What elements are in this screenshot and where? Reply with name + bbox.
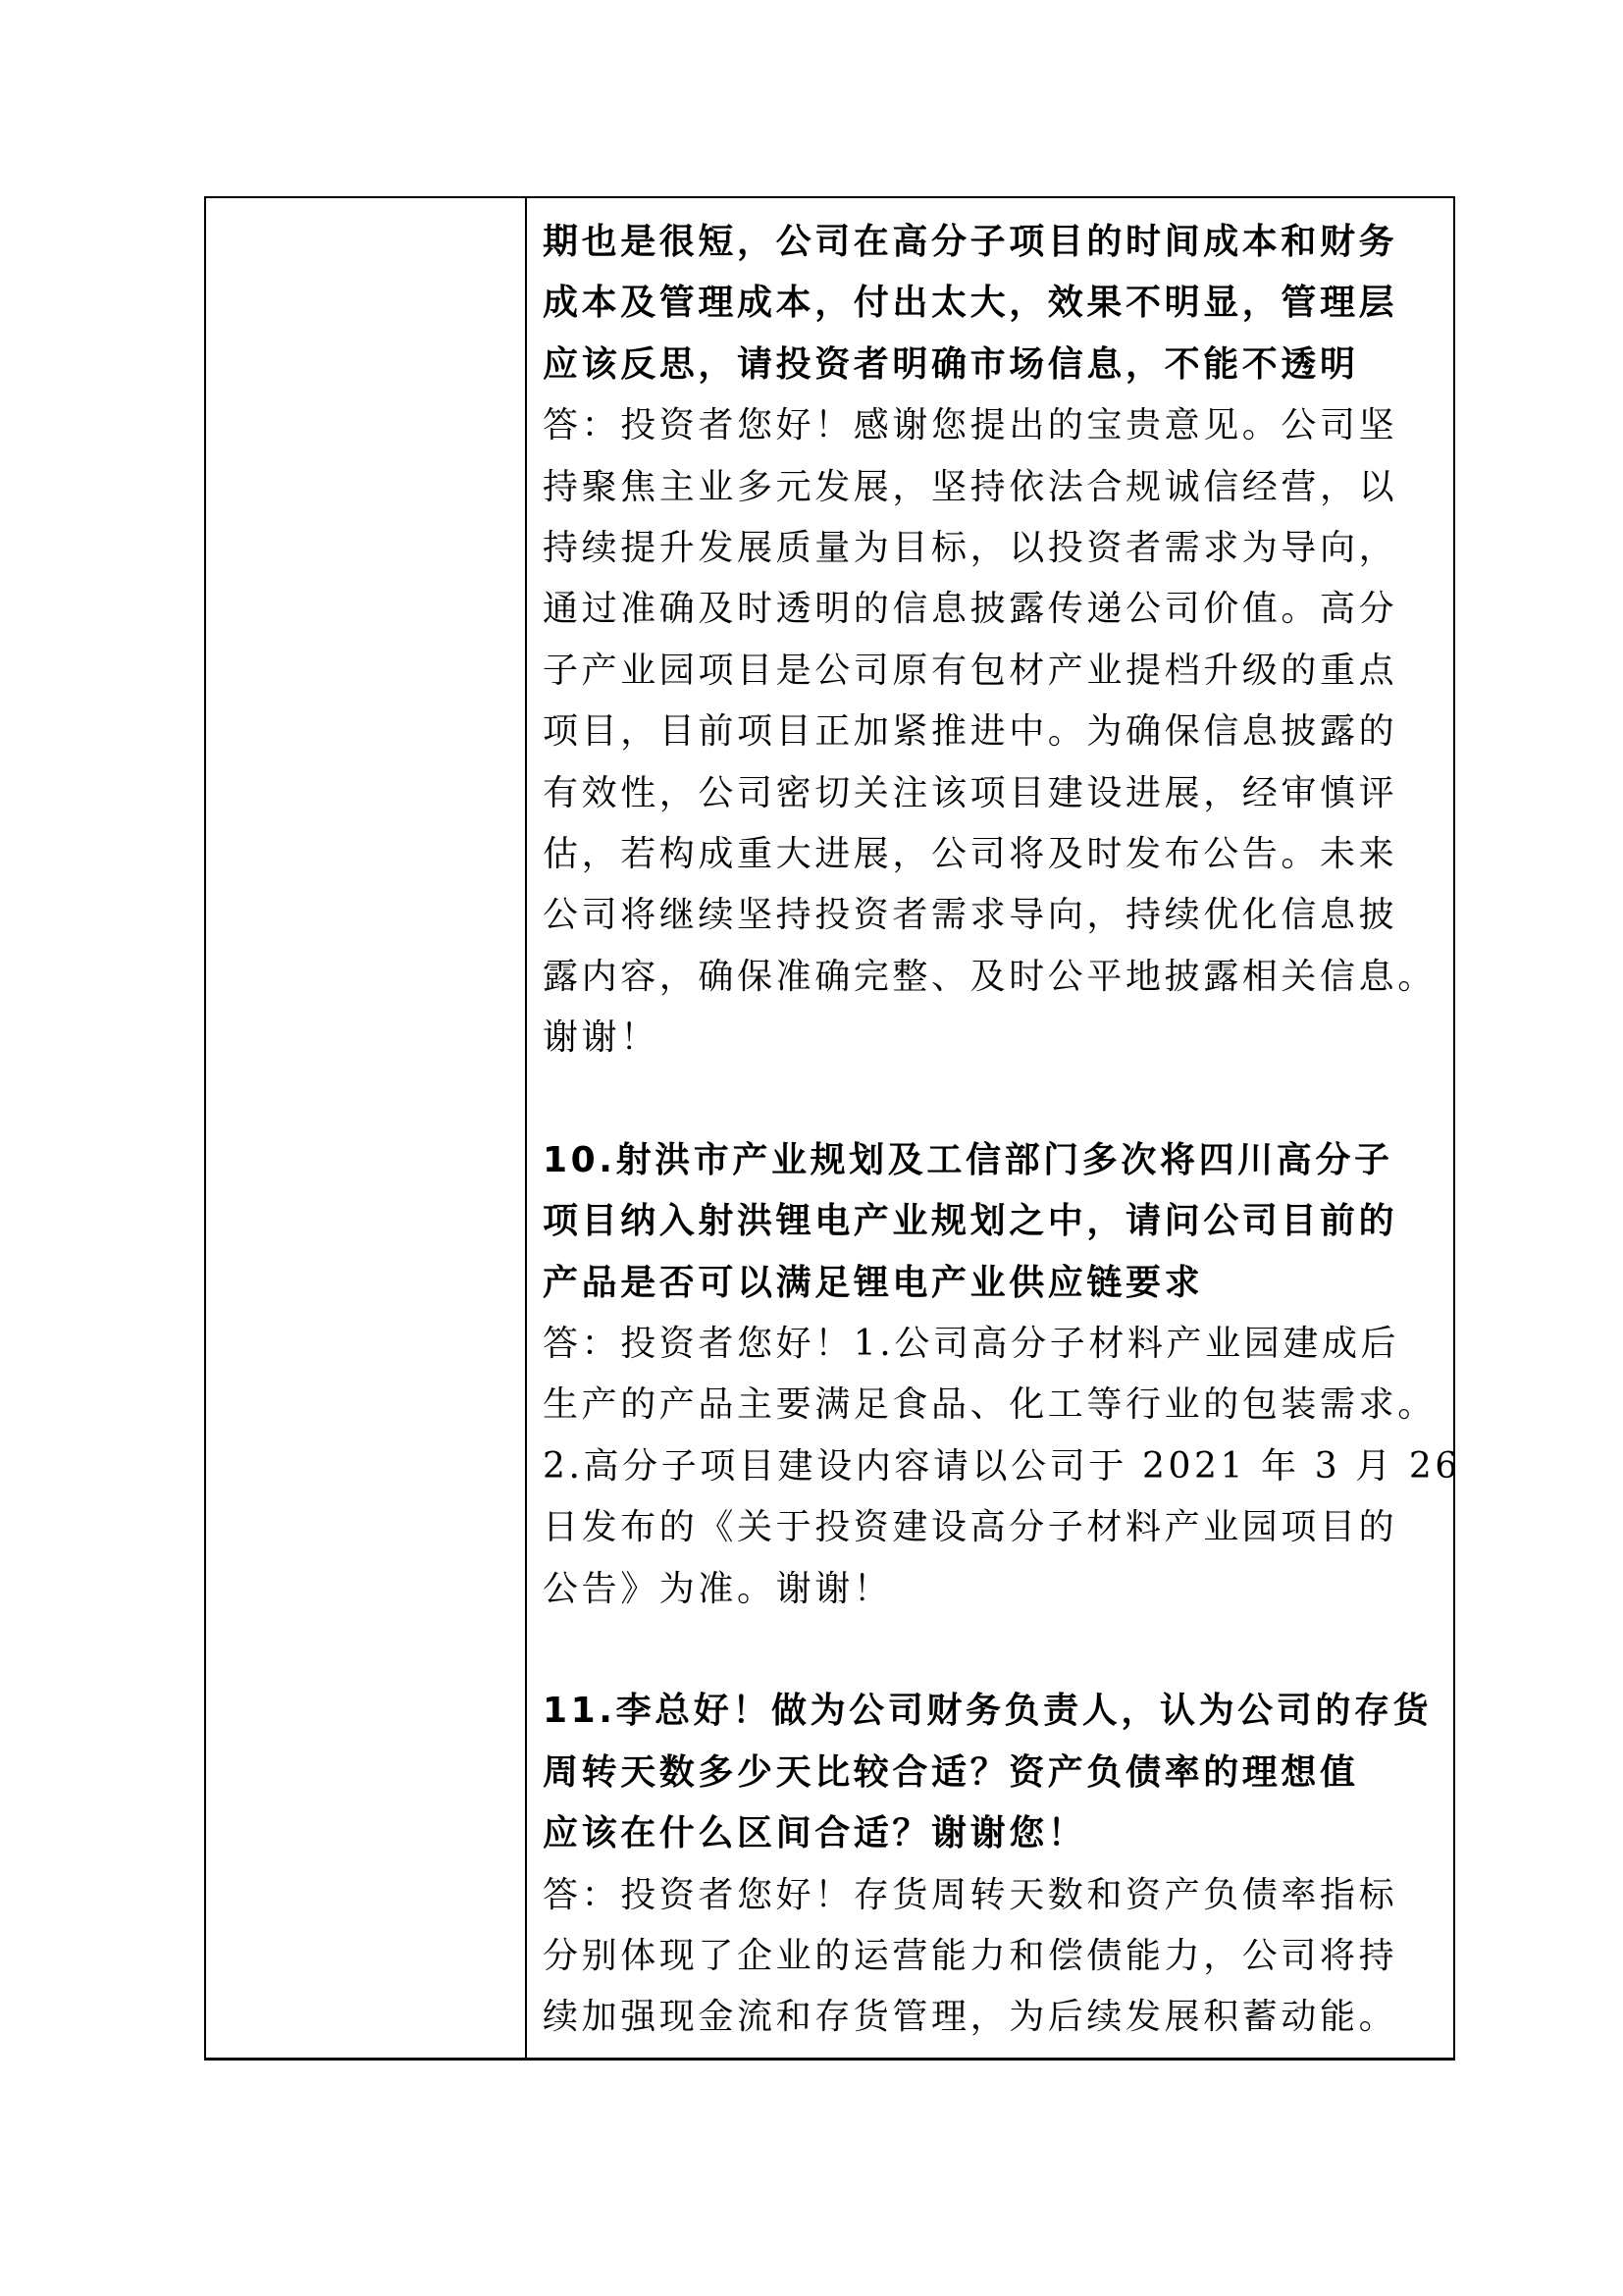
answer-line: 公司将继续坚持投资者需求导向，持续优化信息披 xyxy=(543,885,1453,946)
answer-block: 答：投资者您好！感谢您提出的宝贵意见。公司坚 持聚焦主业多元发展，坚持依法合规诚… xyxy=(543,395,1453,1069)
answer-line: 谢谢！ xyxy=(543,1008,1453,1069)
question-block: 期也是很短，公司在高分子项目的时间成本和财务 成本及管理成本，付出太大，效果不明… xyxy=(543,212,1453,395)
question-line: 项目纳入射洪锂电产业规划之中，请问公司目前的 xyxy=(543,1191,1453,1252)
document-page: 期也是很短，公司在高分子项目的时间成本和财务 成本及管理成本，付出太大，效果不明… xyxy=(0,0,1623,2296)
answer-line: 露内容，确保准确完整、及时公平地披露相关信息。 xyxy=(543,947,1453,1008)
paragraph-spacer xyxy=(543,1069,1453,1129)
question-line: 11.李总好！做为公司财务负责人，认为公司的存货 xyxy=(543,1681,1453,1742)
answer-line: 子产业园项目是公司原有包材产业提档升级的重点 xyxy=(543,641,1453,702)
question-block: 10.射洪市产业规划及工信部门多次将四川高分子 项目纳入射洪锂电产业规划之中，请… xyxy=(543,1130,1453,1314)
answer-block: 答：投资者您好！存货周转天数和资产负债率指标 分别体现了企业的运营能力和偿债能力… xyxy=(543,1865,1453,2049)
table-right-column: 期也是很短，公司在高分子项目的时间成本和财务 成本及管理成本，付出太大，效果不明… xyxy=(527,198,1453,2058)
answer-line: 答：投资者您好！1.公司高分子材料产业园建成后 xyxy=(543,1314,1453,1375)
answer-line: 有效性，公司密切关注该项目建设进展，经审慎评 xyxy=(543,763,1453,824)
answer-line: 通过准确及时透明的信息披露传递公司价值。高分 xyxy=(543,579,1453,640)
question-line: 期也是很短，公司在高分子项目的时间成本和财务 xyxy=(543,212,1453,273)
question-line: 产品是否可以满足锂电产业供应链要求 xyxy=(543,1253,1453,1314)
answer-line: 分别体现了企业的运营能力和偿债能力，公司将持 xyxy=(543,1926,1453,1987)
answer-line: 日发布的《关于投资建设高分子材料产业园项目的 xyxy=(543,1497,1453,1558)
question-line: 成本及管理成本，付出太大，效果不明显，管理层 xyxy=(543,273,1453,334)
question-line: 应该反思，请投资者明确市场信息，不能不透明 xyxy=(543,335,1453,395)
answer-line: 持聚焦主业多元发展，坚持依法合规诚信经营，以 xyxy=(543,457,1453,518)
answer-line: 公告》为准。谢谢！ xyxy=(543,1559,1453,1620)
answer-line: 2.高分子项目建设内容请以公司于 2021 年 3 月 26 xyxy=(543,1436,1453,1497)
question-block: 11.李总好！做为公司财务负责人，认为公司的存货 周转天数多少天比较合适？资产负… xyxy=(543,1681,1453,1864)
answer-line: 生产的产品主要满足食品、化工等行业的包装需求。 xyxy=(543,1375,1453,1435)
answer-line: 估，若构成重大进展，公司将及时发布公告。未来 xyxy=(543,824,1453,885)
question-line: 周转天数多少天比较合适？资产负债率的理想值 xyxy=(543,1743,1453,1803)
answer-line: 答：投资者您好！存货周转天数和资产负债率指标 xyxy=(543,1865,1453,1926)
question-line: 应该在什么区间合适？谢谢您！ xyxy=(543,1803,1453,1864)
answer-block: 答：投资者您好！1.公司高分子材料产业园建成后 生产的产品主要满足食品、化工等行… xyxy=(543,1314,1453,1620)
answer-line: 答：投资者您好！感谢您提出的宝贵意见。公司坚 xyxy=(543,395,1453,456)
answer-line: 项目，目前项目正加紧推进中。为确保信息披露的 xyxy=(543,702,1453,762)
question-line: 10.射洪市产业规划及工信部门多次将四川高分子 xyxy=(543,1130,1453,1191)
qa-table: 期也是很短，公司在高分子项目的时间成本和财务 成本及管理成本，付出太大，效果不明… xyxy=(204,196,1455,2061)
answer-line: 续加强现金流和存货管理，为后续发展积蓄动能。 xyxy=(543,1987,1453,2048)
table-left-column xyxy=(206,198,527,2058)
answer-line: 持续提升发展质量为目标，以投资者需求为导向， xyxy=(543,518,1453,579)
paragraph-spacer xyxy=(543,1620,1453,1681)
